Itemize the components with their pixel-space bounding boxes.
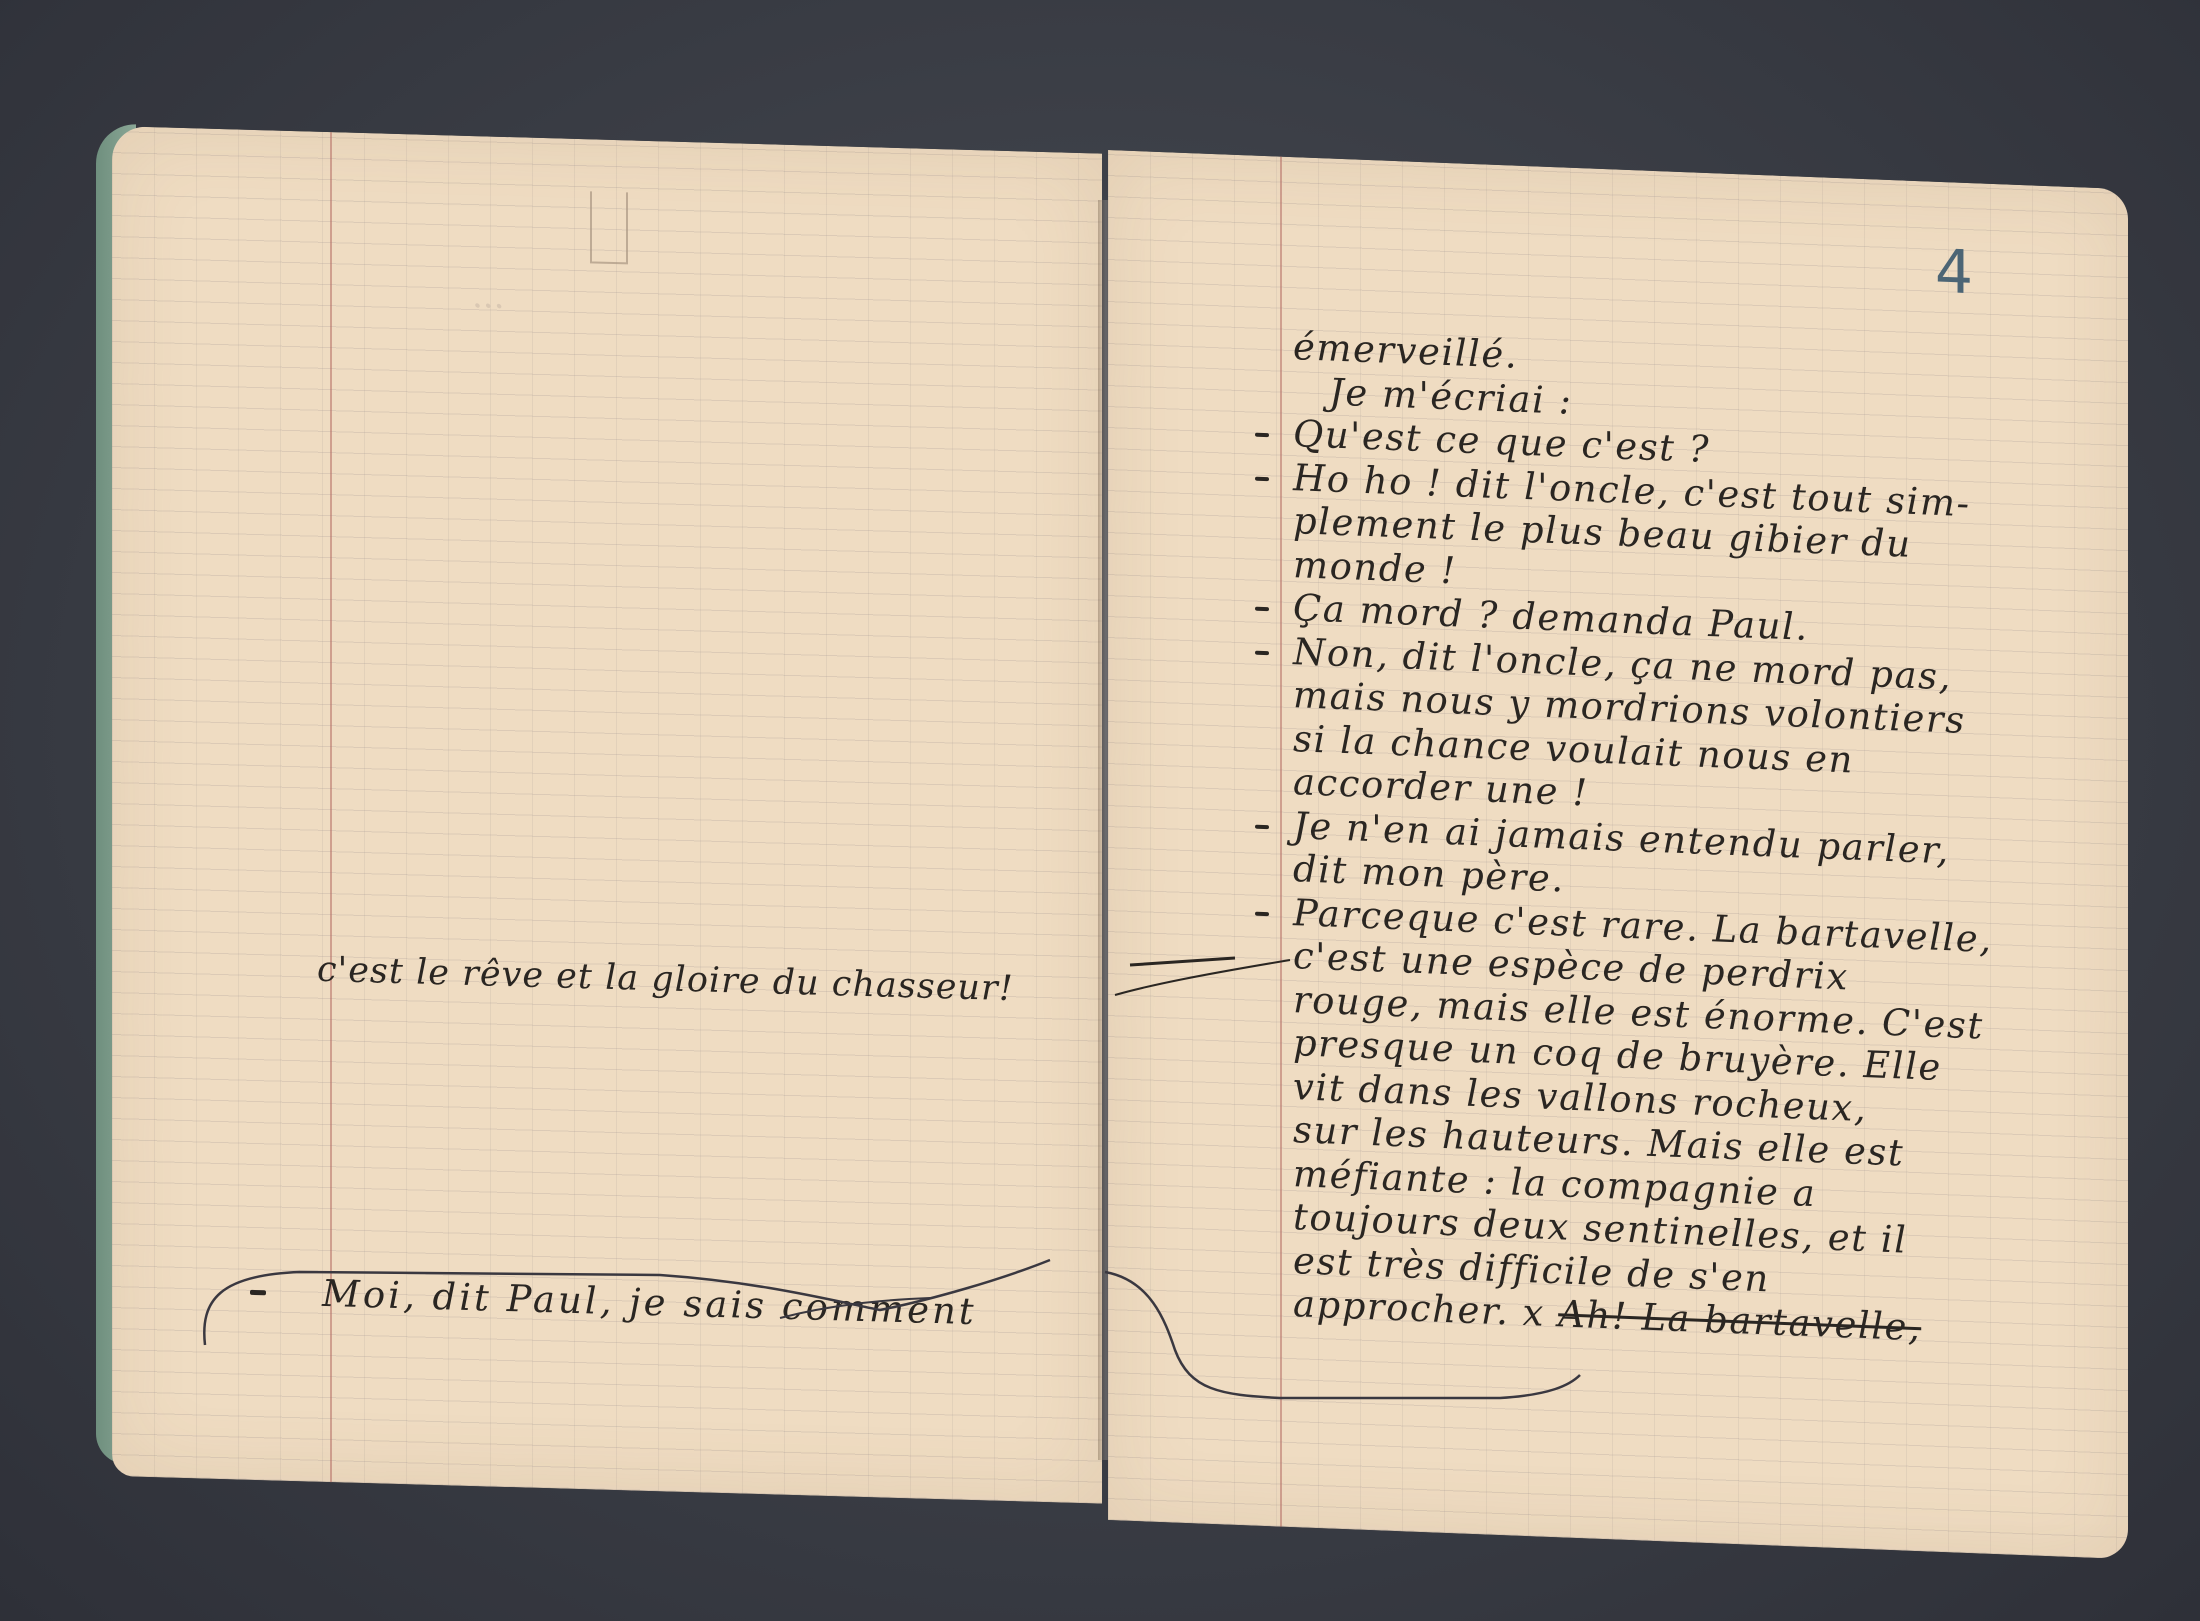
right-margin-line [1280, 157, 1282, 1527]
dialogue-dash [1255, 476, 1269, 481]
open-notebook: ... c'est le rêve et la gloire du chasse… [0, 0, 2200, 1621]
right-page-text: émerveillé. Je m'écriai : Qu'est ce que … [1293, 325, 1992, 1352]
right-page: 4 émerveillé. Je m'écriai : Qu'est ce qu… [1108, 150, 2128, 1559]
dialogue-dash [1255, 824, 1269, 829]
bleed-through-text: ... [472, 276, 504, 317]
page-number: 4 [1935, 237, 1973, 308]
dialogue-dash [250, 1290, 266, 1295]
inserted-line: c'est le rêve et la gloire du chasseur! [317, 950, 1014, 1009]
insertion-mark: x [1523, 1291, 1545, 1335]
bottom-line: Moi, dit Paul, je sais comment [322, 1272, 977, 1333]
dialogue-dash [1255, 433, 1269, 438]
dialogue-dash [1255, 650, 1269, 655]
dialogue-dash [1255, 911, 1269, 916]
left-page: ... c'est le rêve et la gloire du chasse… [112, 126, 1102, 1504]
page-tab-mark [590, 191, 628, 264]
dialogue-dash [1255, 607, 1269, 612]
